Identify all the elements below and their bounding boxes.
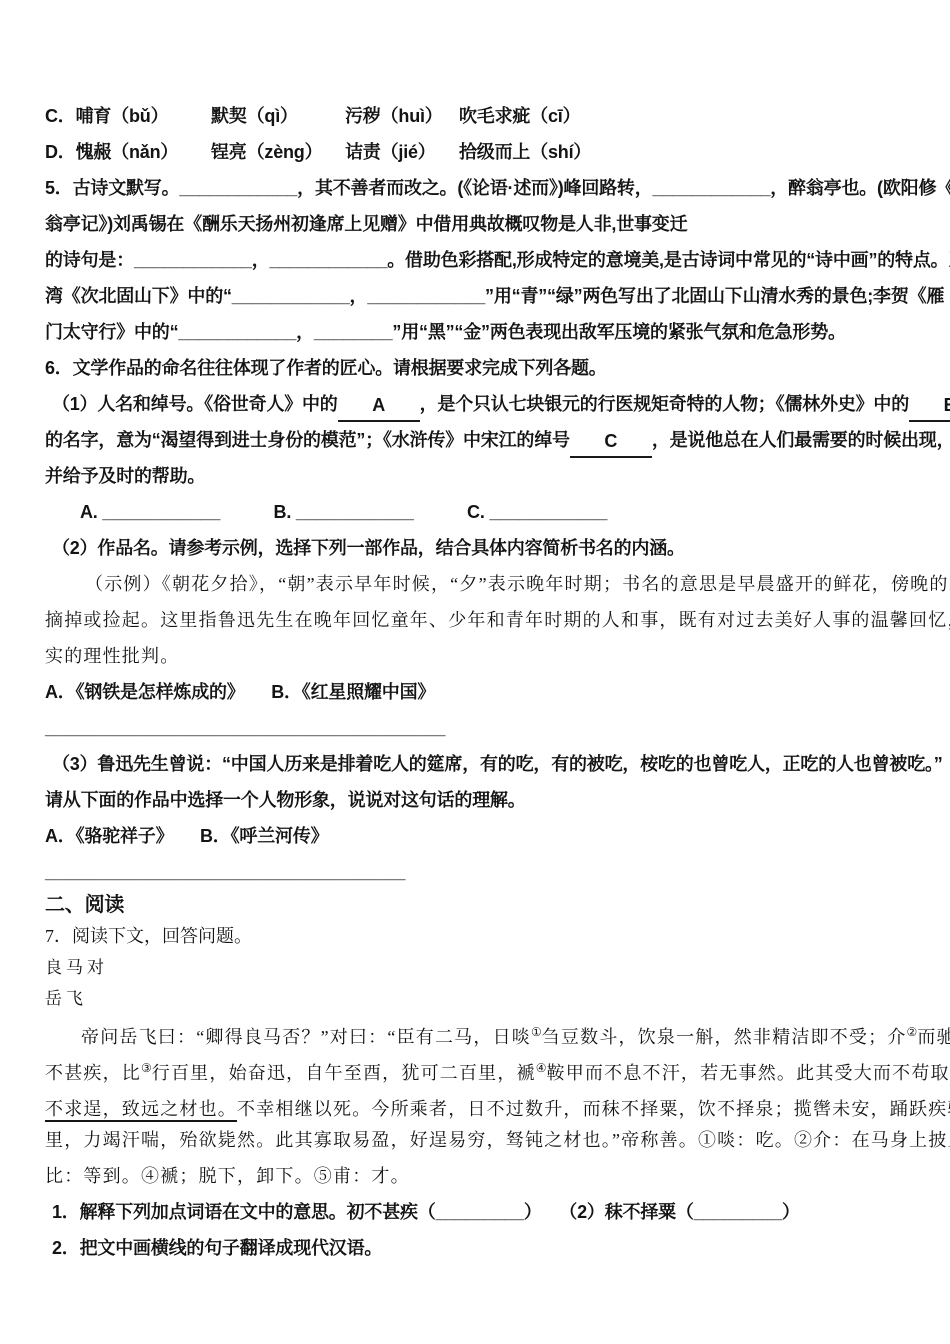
blank-c: C xyxy=(570,430,652,458)
passage-author: 岳飞 xyxy=(45,983,950,1014)
q5-line-3: 的诗句是：____________，____________。借助色彩搭配,形成… xyxy=(45,242,950,278)
q6-part2-options: A．《钢铁是怎样炼成的》 B．《红星照耀中国》 xyxy=(45,674,950,710)
text-run: 7．阅读下文，回答问题。 xyxy=(45,926,252,946)
footnote-mark-4: ④ xyxy=(536,1061,547,1075)
blank-a: A xyxy=(338,394,420,422)
option-d-item-3: 诘责（jié） xyxy=(345,134,459,170)
text-run: 鞍甲而不息不汗，若无事然。此其受大而不苟取， xyxy=(547,1063,950,1083)
text-run: 岳飞 xyxy=(45,989,87,1008)
q6-part1-line-1: （1）人名和绰号。《俗世奇人》中的A，是个只认七块银元的行医规矩奇特的人物；《儒… xyxy=(45,386,950,422)
text-run: （2）作品名。请参考示例，选择下列一部作品，结合具体内容简析书名的内涵。 xyxy=(52,538,685,558)
text-run: 二、阅读 xyxy=(45,894,124,916)
passage-line-5: 比：等到。④褫；脱下，卸下。⑤甫：才。 xyxy=(45,1158,950,1194)
footnote-mark-3: ③ xyxy=(141,1061,152,1075)
text-run: ____________________________________ xyxy=(45,862,405,882)
text-run: （示例）《朝花夕拾》，“朝”表示早年时候，“夕”表示晚年时期；书名的意思是早晨盛… xyxy=(85,574,950,594)
option-c-item-3: 污秽（huì） xyxy=(345,98,459,134)
text-run: 里，力竭汗喘，殆欲毙然。此其寡取易盈，好逞易穷，驽钝之材也。”帝称善。①啖：吃。… xyxy=(45,1130,950,1150)
text-run: ________________________________________ xyxy=(45,718,445,738)
q6-part2-example-1: （示例）《朝花夕拾》，“朝”表示早年时候，“夕”表示晚年时期；书名的意思是早晨盛… xyxy=(45,566,950,602)
option-c-item-2: 默契（qì） xyxy=(211,98,345,134)
text-run: 的诗句是：____________，____________。借助色彩搭配,形成… xyxy=(45,250,950,270)
text-run: 良马对 xyxy=(45,958,108,977)
answer-line-1: ________________________________________ xyxy=(45,710,950,746)
text-run: 并给予及时的帮助。 xyxy=(45,466,205,486)
text-run: ，是说他总在人们最需要的时候出现， xyxy=(652,430,950,450)
text-run: （3）鲁迅先生曾说：“中国人历来是排着吃人的筵席，有的吃，有的被吃，桉吃的也曾吃… xyxy=(52,754,943,774)
q7-stem: 7．阅读下文，回答问题。 xyxy=(45,921,950,952)
passage-line-4: 里，力竭汗喘，殆欲毙然。此其寡取易盈，好逞易穷，驽钝之材也。”帝称善。①啖：吃。… xyxy=(45,1122,950,1158)
document-page: C．哺育（bǔ）默契（qì）污秽（huì）吹毛求疵（cī）D．愧赧（nǎn）锃亮… xyxy=(0,0,950,1344)
text-run: 不幸相继以死。今所乘者，日不过数升，而秣不择粟，饮不择泉；揽辔未安，踊跃疾驱，甫 xyxy=(237,1099,950,1119)
q5-line-5: 门太守行》中的“____________，________”用“黑”“金”两色表… xyxy=(45,314,950,350)
text-run: 湾《次北固山下》中的“____________，____________”用“青… xyxy=(45,286,944,306)
text-run: 翁亭记》)刘禹锡在《酬乐天扬州初逢席上见赠》中借用典故概叹物是人非,世事变迁 xyxy=(45,214,687,234)
q6-part1-line-3: 并给予及时的帮助。 xyxy=(45,458,950,494)
passage-line-2: 不甚疾，比③行百里，始奋迅，自午至酉，犹可二百里，褫④鞍甲而不息不汗，若无事然。… xyxy=(45,1050,950,1086)
text-run: A．《钢铁是怎样炼成的》 B．《红星照耀中国》 xyxy=(45,682,435,702)
q6-part1-line-2: 的名字，意为“渴望得到进士身份的模范”；《水浒传》中宋江的绰号C，是说他总在人们… xyxy=(45,422,950,458)
option-c-item-4: 吹毛求疵（cī） xyxy=(459,106,580,126)
text-run: （1）人名和绰号。《俗世奇人》中的 xyxy=(52,394,338,414)
text-run: 摘掉或捡起。这里指鲁迅先生在晚年回忆童年、少年和青年时期的人和事，既有对过去美好… xyxy=(45,610,950,630)
q6-part2-stem: （2）作品名。请参考示例，选择下列一部作品，结合具体内容简析书名的内涵。 xyxy=(45,530,950,566)
q5-line-4: 湾《次北固山下》中的“____________，____________”用“青… xyxy=(45,278,950,314)
text-run: 行百里，始奋迅，自午至酉，犹可二百里，褫 xyxy=(152,1063,536,1083)
q7-sub2: 2．把文中画横线的句子翻译成现代汉语。 xyxy=(45,1230,950,1266)
option-c-item-1: C．哺育（bǔ） xyxy=(45,98,211,134)
text-run: A．《骆驼祥子》 B．《呼兰河传》 xyxy=(45,826,328,846)
text-run: 实的理性批判。 xyxy=(45,646,179,666)
answer-line-2: ____________________________________ xyxy=(45,854,950,890)
q6-stem: 6．文学作品的命名往往体现了作者的匠心。请根据要求完成下列各题。 xyxy=(45,350,950,386)
section-2-heading: 二、阅读 xyxy=(45,890,950,921)
option-d-item-2: 锃亮（zèng） xyxy=(211,134,345,170)
passage-title: 良马对 xyxy=(45,952,950,983)
text-run: 2．把文中画横线的句子翻译成现代汉语。 xyxy=(52,1238,382,1258)
footnote-mark-2: ② xyxy=(907,1025,918,1039)
option-d-row: D．愧赧（nǎn）锃亮（zèng）诘责（jié）拾级而上（shí） xyxy=(45,134,950,170)
text-run: 比：等到。④褫；脱下，卸下。⑤甫：才。 xyxy=(45,1166,410,1186)
text-run: 5．古诗文默写。____________，其不善者而改之。(《论语·述而》)峰回… xyxy=(45,178,950,198)
q5-line-1: 5．古诗文默写。____________，其不善者而改之。(《论语·述而》)峰回… xyxy=(45,170,950,206)
text-run: 门太守行》中的“____________，________”用“黑”“金”两色表… xyxy=(45,322,846,342)
passage-line-3: 不求逞，致远之材也。不幸相继以死。今所乘者，日不过数升，而秣不择粟，饮不择泉；揽… xyxy=(45,1086,950,1122)
q6-part2-example-2: 摘掉或捡起。这里指鲁迅先生在晚年回忆童年、少年和青年时期的人和事，既有对过去美好… xyxy=(45,602,950,638)
text-run: 6．文学作品的命名往往体现了作者的匠心。请根据要求完成下列各题。 xyxy=(45,358,607,378)
q6-part3-stem-2: 请从下面的作品中选择一个人物形象，说说对这句话的理解。 xyxy=(45,782,950,818)
q6-part1-answer-blanks: A. ____________ B. ____________ C. _____… xyxy=(45,494,950,530)
text-run: 1．解释下列加点词语在文中的意思。初不甚疾（_________） （2）秣不择粟… xyxy=(52,1202,800,1222)
text-run: 不甚疾，比 xyxy=(45,1063,141,1083)
q6-part2-example-3: 实的理性批判。 xyxy=(45,638,950,674)
q6-part3-options: A．《骆驼祥子》 B．《呼兰河传》 xyxy=(45,818,950,854)
text-run: ，是个只认七块银元的行医规矩奇特的人物；《儒林外史》中的 xyxy=(420,394,909,414)
blank-b: B xyxy=(909,394,950,422)
text-run: A. ____________ B. ____________ C. _____… xyxy=(80,502,607,522)
text-run: 刍豆数斗，饮泉一斛，然非精洁即不受；介 xyxy=(542,1027,907,1047)
option-d-item-4: 拾级而上（shí） xyxy=(459,142,591,162)
underlined-run: 不求逞，致远之材也。 xyxy=(45,1099,237,1119)
option-d-item-1: D．愧赧（nǎn） xyxy=(45,134,211,170)
text-run: 而驰，初 xyxy=(917,1027,950,1047)
q5-line-2: 翁亭记》)刘禹锡在《酬乐天扬州初逢席上见赠》中借用典故概叹物是人非,世事变迁 xyxy=(45,206,950,242)
text-run: 帝问岳飞曰：“卿得良马否？”对曰：“臣有二马，日啖 xyxy=(81,1027,531,1047)
q6-part3-stem-1: （3）鲁迅先生曾说：“中国人历来是排着吃人的筵席，有的吃，有的被吃，桉吃的也曾吃… xyxy=(45,746,950,782)
option-c-row: C．哺育（bǔ）默契（qì）污秽（huì）吹毛求疵（cī） xyxy=(45,98,950,134)
passage-line-1: 帝问岳飞曰：“卿得良马否？”对曰：“臣有二马，日啖①刍豆数斗，饮泉一斛，然非精洁… xyxy=(45,1014,950,1050)
q7-sub1: 1．解释下列加点词语在文中的意思。初不甚疾（_________） （2）秣不择粟… xyxy=(45,1194,950,1230)
text-run: 的名字，意为“渴望得到进士身份的模范”；《水浒传》中宋江的绰号 xyxy=(45,430,570,450)
text-run: 请从下面的作品中选择一个人物形象，说说对这句话的理解。 xyxy=(45,790,526,810)
footnote-mark-1: ① xyxy=(531,1025,542,1039)
